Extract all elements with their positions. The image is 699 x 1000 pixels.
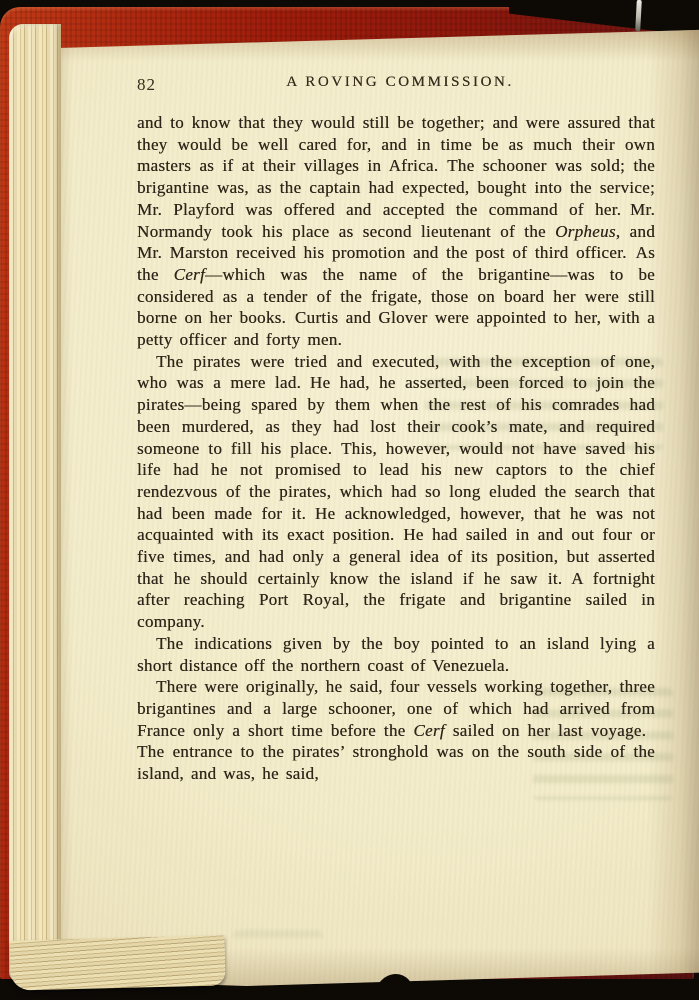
text-run: The pirates were tried and executed, wit… bbox=[137, 352, 655, 631]
page-header: 82 A ROVING COMMISSION. bbox=[137, 74, 655, 98]
italic-ship-name: Cerf bbox=[413, 721, 444, 740]
page-edges-bottom bbox=[9, 935, 225, 990]
page-edges-left bbox=[9, 24, 61, 982]
running-title: A ROVING COMMISSION. bbox=[137, 74, 655, 91]
book-scan: 82 A ROVING COMMISSION. and to know that… bbox=[0, 0, 699, 1000]
page-content: 82 A ROVING COMMISSION. and to know that… bbox=[137, 74, 655, 785]
italic-ship-name: Orpheus bbox=[555, 222, 616, 241]
text-run: —which was the name of the brigantine—wa… bbox=[137, 265, 655, 349]
paragraph: There were originally, he said, four ves… bbox=[137, 676, 655, 785]
italic-ship-name: Cerf bbox=[174, 265, 205, 284]
scanned-book-photo: { "page": { "number": "82", "running_tit… bbox=[0, 0, 699, 1000]
paragraph: The indications given by the boy pointed… bbox=[137, 633, 655, 676]
paragraph: and to know that they would still be tog… bbox=[137, 112, 655, 351]
ink-showthrough bbox=[233, 930, 323, 946]
paragraph: The pirates were tried and executed, wit… bbox=[137, 351, 655, 633]
page-number: 82 bbox=[137, 75, 156, 95]
body-text: and to know that they would still be tog… bbox=[137, 112, 655, 785]
text-run: The indications given by the boy pointed… bbox=[137, 634, 655, 675]
book-page: 82 A ROVING COMMISSION. and to know that… bbox=[53, 28, 699, 986]
